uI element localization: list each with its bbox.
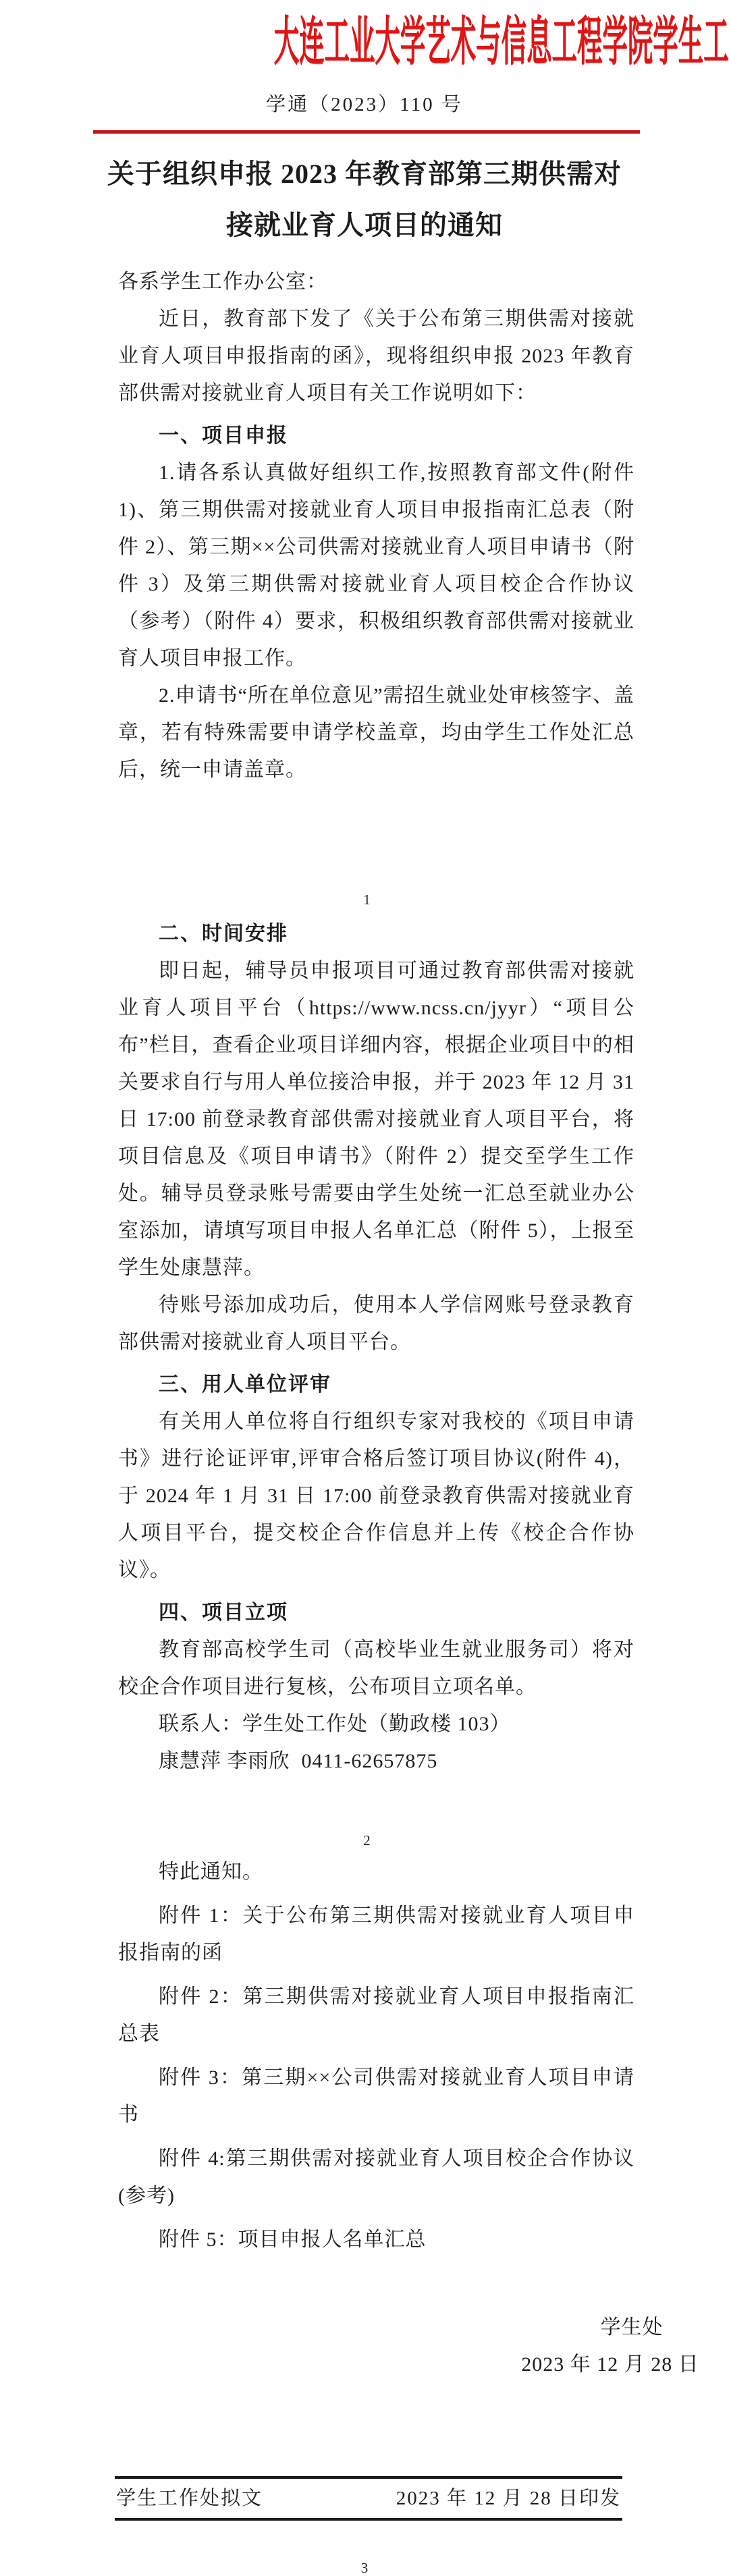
section-heading: 一、项目申报 bbox=[118, 417, 634, 454]
paragraph: 即日起，辅导员申报项目可通过教育部供需对接就业育人项目平台（https://ww… bbox=[118, 952, 634, 1286]
notice-title-line: 接就业育人项目的通知 bbox=[0, 200, 729, 251]
paragraph: 待账号添加成功后，使用本人学信网账号登录教育部供需对接就业育人项目平台。 bbox=[118, 1286, 634, 1361]
paragraph: 2.申请书“所在单位意见”需招生就业处审核签字、盖章，若有特殊需要申请学校盖章，… bbox=[118, 677, 634, 788]
notice-title-line: 关于组织申报 2023 年教育部第三期供需对 bbox=[0, 148, 729, 200]
paragraph: 有关用人单位将自行组织专家对我校的《项目申请书》进行论证评审,评审合格后签订项目… bbox=[118, 1403, 634, 1589]
paragraph: 1.请各系认真做好组织工作,按照教育部文件(附件 1)、第三期供需对接就业育人项… bbox=[118, 454, 634, 677]
signature-org: 学生处 bbox=[506, 2309, 715, 2346]
footer-page-number: 3 bbox=[0, 2559, 729, 2576]
notice-title: 关于组织申报 2023 年教育部第三期供需对接就业育人项目的通知 bbox=[0, 148, 729, 251]
paragraph: 教育部高校学生司（高校毕业生就业服务司）将对校企合作项目进行复核，公布项目立项名… bbox=[118, 1631, 634, 1705]
letterhead: 大连工业大学艺术与信息工程学院学生工作处 bbox=[0, 0, 729, 74]
section-heading: 三、用人单位评审 bbox=[118, 1366, 634, 1403]
salutation-line: 各系学生工作办公室： bbox=[118, 263, 634, 300]
document-body: 各系学生工作办公室：近日，教育部下发了《关于公布第三期供需对接就业育人项目申报指… bbox=[118, 263, 634, 2258]
document-footer: 学生工作处拟文 2023 年 12 月 28 日印发 bbox=[115, 2476, 622, 2521]
document-number: 学通（2023）110 号 bbox=[0, 91, 729, 118]
attachment-item: 附件 1：关于公布第三期供需对接就业育人项目申报指南的函 bbox=[118, 1897, 634, 1971]
attachment-item: 附件 2：第三期供需对接就业育人项目申报指南汇总表 bbox=[118, 1978, 634, 2052]
contact-line: 联系人：学生处工作处（勤政楼 103） bbox=[118, 1705, 634, 1743]
signature-block: 学生处 2023 年 12 月 28 日 bbox=[506, 2309, 715, 2383]
paragraph: 近日，教育部下发了《关于公布第三期供需对接就业育人项目申报指南的函》，现将组织申… bbox=[118, 300, 634, 412]
footer-drafter: 学生工作处拟文 bbox=[116, 2479, 263, 2518]
footer-row: 学生工作处拟文 2023 年 12 月 28 日印发 bbox=[115, 2479, 622, 2518]
attachment-item: 附件 5：项目申报人名单汇总 bbox=[118, 2221, 634, 2258]
section-heading: 二、时间安排 bbox=[118, 915, 634, 952]
footer-issue-date: 2023 年 12 月 28 日印发 bbox=[396, 2479, 621, 2518]
closing-line: 特此通知。 bbox=[118, 1853, 634, 1890]
inline-page-number: 2 bbox=[109, 1830, 625, 1851]
letterhead-divider bbox=[93, 130, 640, 134]
letterhead-title: 大连工业大学艺术与信息工程学院学生工作处 bbox=[274, 9, 729, 74]
attachment-item: 附件 4:第三期供需对接就业育人项目校企合作协议(参考) bbox=[118, 2140, 634, 2214]
attachment-item: 附件 3：第三期××公司供需对接就业育人项目申请书 bbox=[118, 2059, 634, 2133]
contact-line: 康慧萍 李雨欣 0411-62657875 bbox=[118, 1743, 634, 1780]
signature-date: 2023 年 12 月 28 日 bbox=[506, 2346, 715, 2383]
section-heading: 四、项目立项 bbox=[118, 1594, 634, 1631]
footer-rule-bottom bbox=[115, 2518, 622, 2521]
document-page: 大连工业大学艺术与信息工程学院学生工作处 学通（2023）110 号 关于组织申… bbox=[0, 0, 729, 2576]
inline-page-number: 1 bbox=[109, 889, 625, 910]
